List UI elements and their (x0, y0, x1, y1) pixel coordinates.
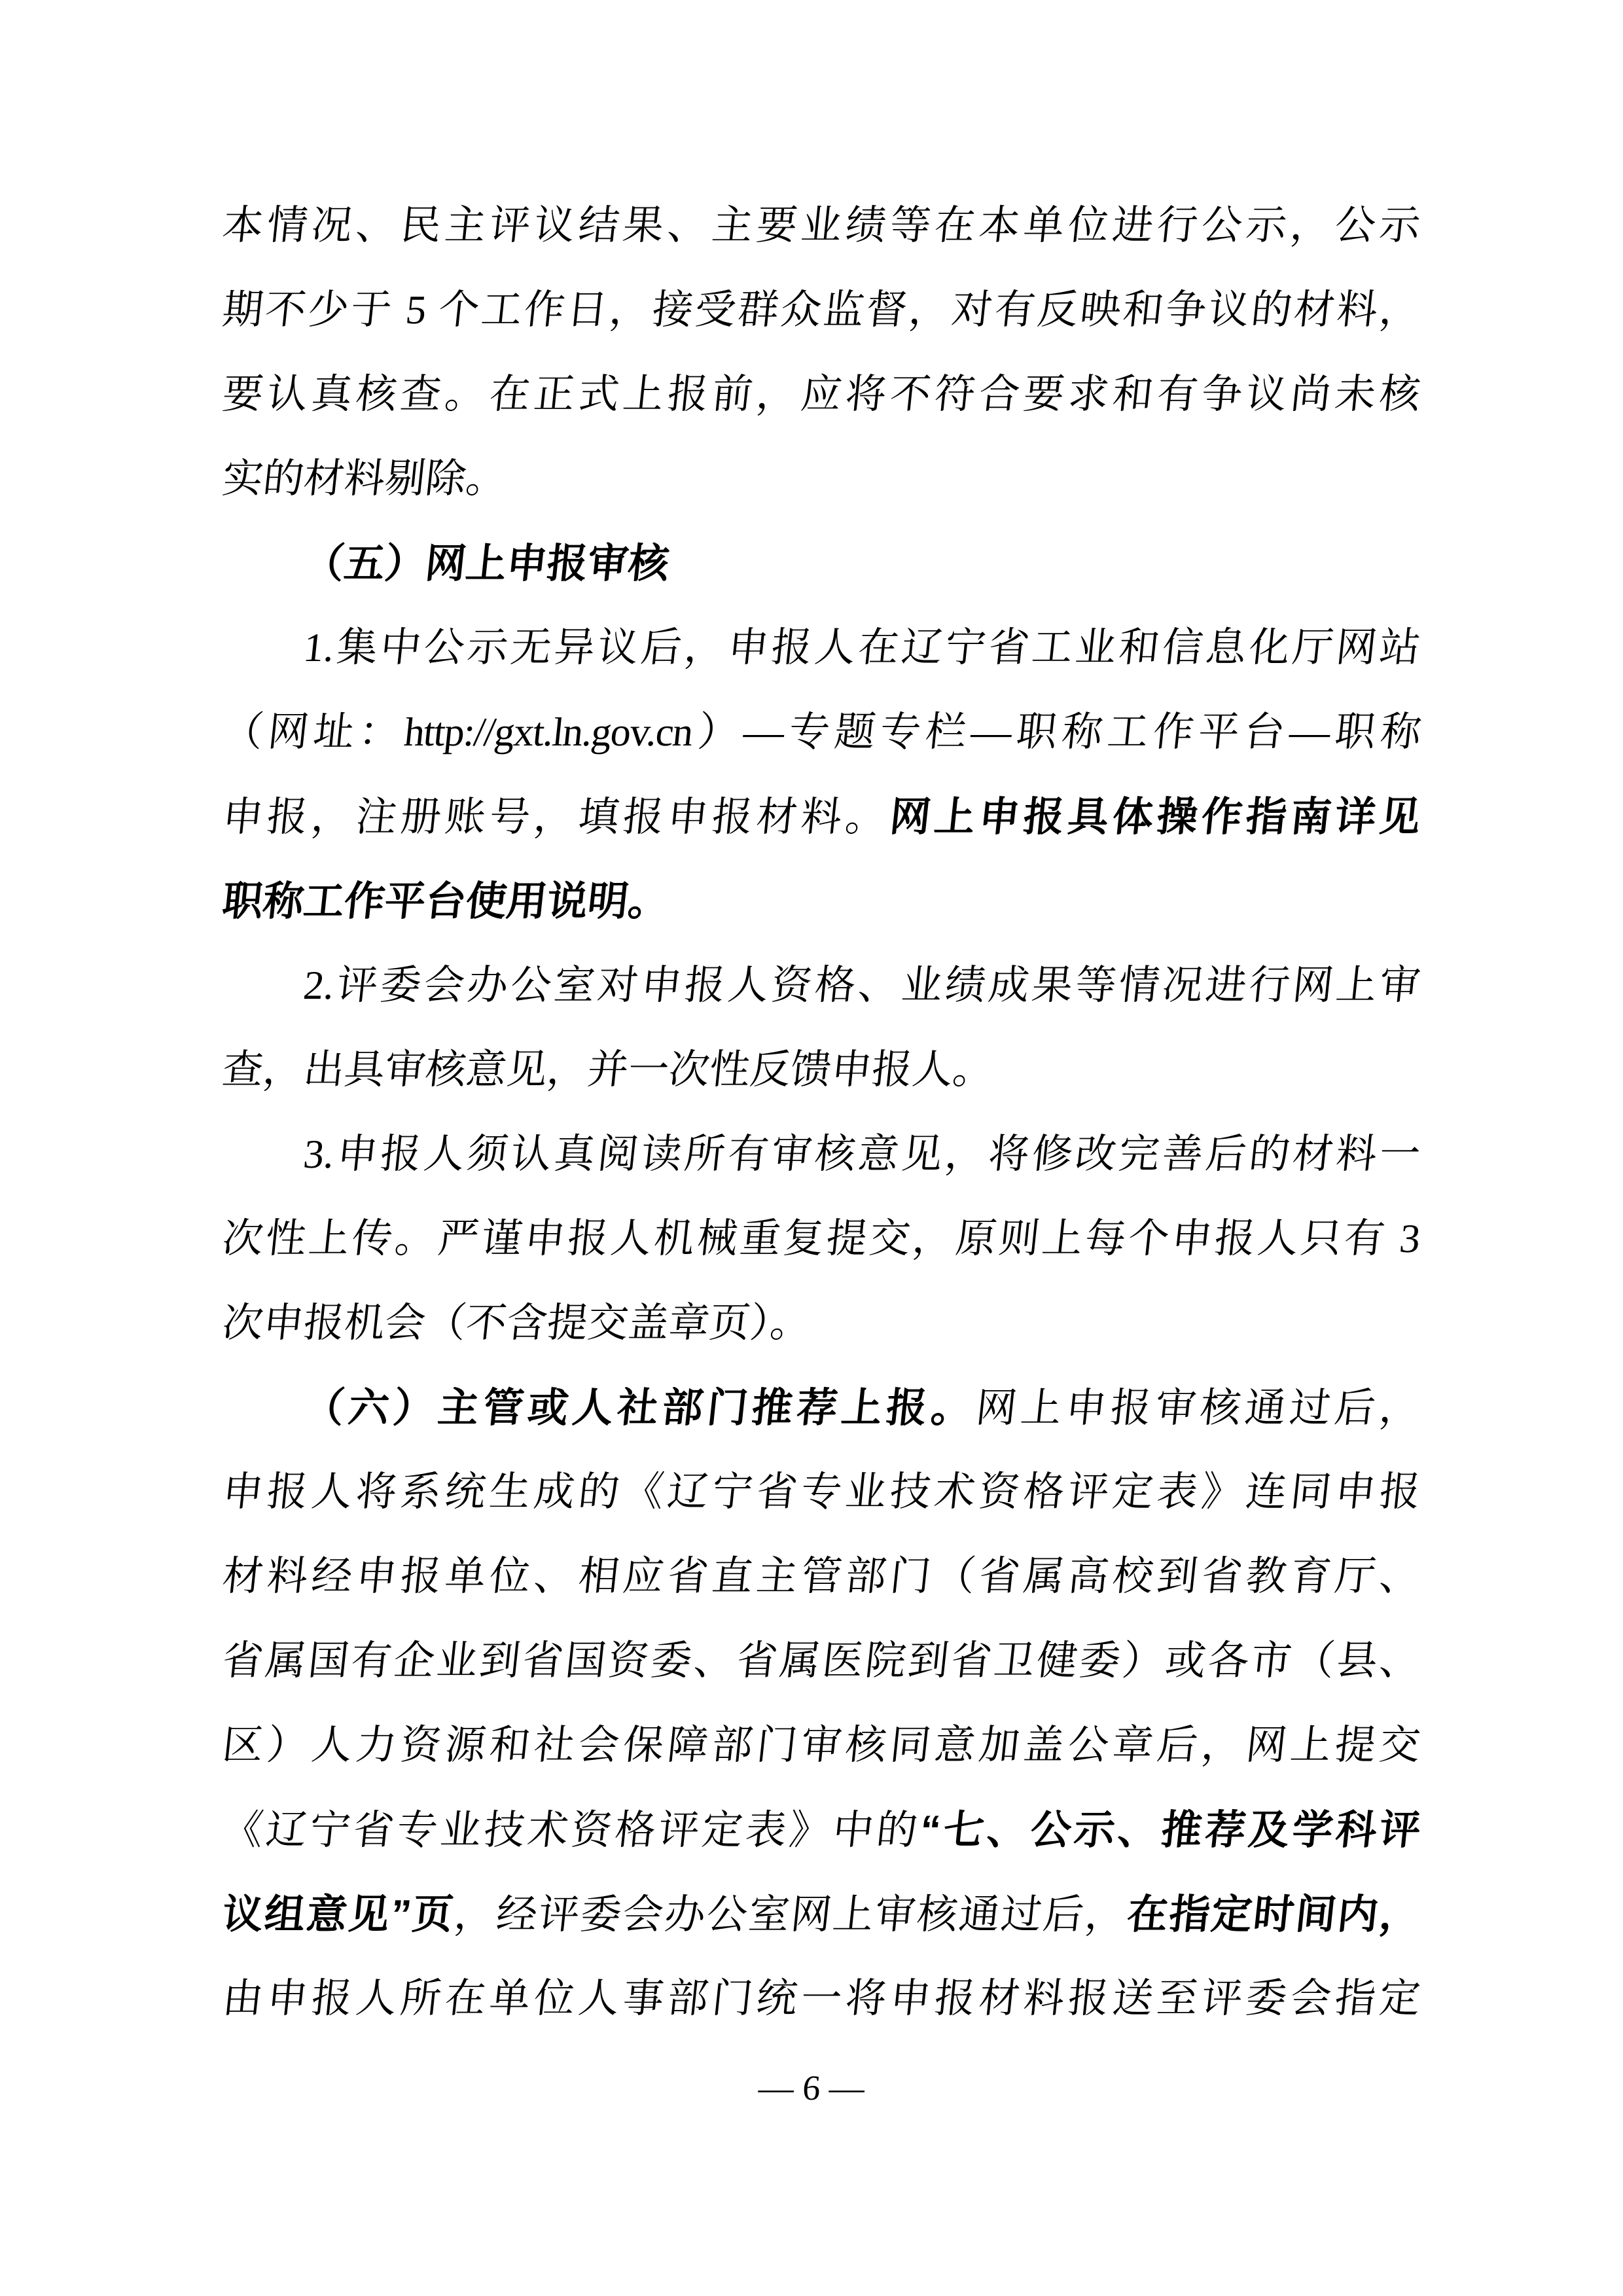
text-segment: 材料经申报单位、相应省直主管部门（省属高校到省教育厅、 (220, 1554, 1422, 1599)
text-line: 查，出具审核意见，并一次性反馈申报人。 (218, 1028, 1425, 1113)
text-segment: 1.集中公示无异议后，申报人在辽宁省工业和信息化厅网站 (301, 626, 1422, 670)
text-segment: 期不少于 5 个工作日，接受群众监督，对有反映和争议的材料， (220, 288, 1422, 332)
text-segment: 区）人力资源和社会保障部门审核同意加盖公章后，网上提交 (220, 1723, 1422, 1768)
text-line: 次申报机会（不含提交盖章页）。 (218, 1282, 1425, 1366)
text-line: （六）主管或人社部门推荐上报。网上申报审核通过后， (218, 1366, 1425, 1450)
text-line: 申报人将系统生成的《辽宁省专业技术资格评定表》连同申报 (218, 1450, 1425, 1535)
text-line: 省属国有企业到省国资委、省属医院到省卫健委）或各市（县、 (218, 1619, 1425, 1704)
text-line: 区）人力资源和社会保障部门审核同意加盖公章后，网上提交 (218, 1704, 1425, 1788)
text-line: 由申报人所在单位人事部门统一将申报材料报送至评委会指定 (218, 1957, 1425, 2041)
bold-text-segment: 议组意见”页 (220, 1892, 457, 1937)
text-segment: ，经评委会办公室网上审核通过后， (452, 1893, 1130, 1937)
text-line: 要认真核查。在正式上报前，应将不符合要求和有争议尚未核 (218, 353, 1425, 437)
document-page: 本情况、民主评议结果、主要业绩等在本单位进行公示，公示期不少于 5 个工作日，接… (0, 0, 1623, 2296)
bold-text-segment: 在指定时间内， (1125, 1892, 1423, 1937)
bold-text-segment: 网上申报具体操作指南详见 (887, 795, 1422, 840)
text-segment: 申报人将系统生成的《辽宁省专业技术资格评定表》连同申报 (220, 1470, 1422, 1515)
text-segment: 省属国有企业到省国资委、省属医院到省卫健委）或各市（县、 (220, 1639, 1422, 1683)
text-segment: 要认真核查。在正式上报前，应将不符合要求和有争议尚未核 (220, 372, 1422, 417)
bold-text-segment: “七、公示、推荐及学科评 (918, 1808, 1422, 1853)
text-segment: 2.评委会办公室对申报人资格、业绩成果等情况进行网上审 (301, 963, 1422, 1008)
text-line: 2.评委会办公室对申报人资格、业绩成果等情况进行网上审 (218, 944, 1425, 1028)
text-line: （五）网上申报审核 (218, 522, 1425, 606)
text-line: 期不少于 5 个工作日，接受群众监督，对有反映和争议的材料， (218, 268, 1425, 353)
text-line: 职称工作平台使用说明。 (218, 859, 1425, 944)
text-line: 申报，注册账号，填报申报材料。网上申报具体操作指南详见 (218, 775, 1425, 859)
text-segment: 实的材料剔除。 (220, 457, 508, 501)
text-segment: （网址：http://gxt.ln.gov.cn）—专题专栏—职称工作平台—职称 (220, 710, 1422, 755)
text-segment: 《辽宁省专业技术资格评定表》中的 (220, 1808, 922, 1853)
text-line: 1.集中公示无异议后，申报人在辽宁省工业和信息化厅网站 (218, 606, 1425, 691)
text-line: 材料经申报单位、相应省直主管部门（省属高校到省教育厅、 (218, 1535, 1425, 1619)
text-line: 3.申报人须认真阅读所有审核意见，将修改完善后的材料一 (218, 1113, 1425, 1197)
text-segment: 查，出具审核意见，并一次性反馈申报人。 (220, 1048, 995, 1092)
text-line: 《辽宁省专业技术资格评定表》中的“七、公示、推荐及学科评 (218, 1788, 1425, 1873)
text-line: 次性上传。严谨申报人机械重复提交，原则上每个申报人只有 3 (218, 1197, 1425, 1282)
text-line: 议组意见”页，经评委会办公室网上审核通过后，在指定时间内， (218, 1873, 1425, 1957)
bold-text-segment: 职称工作平台使用说明。 (220, 879, 671, 924)
bold-text-segment: （五）网上申报审核 (301, 541, 671, 586)
text-segment: 本情况、民主评议结果、主要业绩等在本单位进行公示，公示 (220, 204, 1422, 248)
text-segment: 次性上传。严谨申报人机械重复提交，原则上每个申报人只有 3 (220, 1217, 1422, 1261)
text-line: （网址：http://gxt.ln.gov.cn）—专题专栏—职称工作平台—职称 (218, 691, 1425, 775)
document-body: 本情况、民主评议结果、主要业绩等在本单位进行公示，公示期不少于 5 个工作日，接… (223, 184, 1420, 2041)
text-line: 实的材料剔除。 (218, 437, 1425, 522)
text-segment: 网上申报审核通过后， (974, 1386, 1423, 1431)
text-segment: 次申报机会（不含提交盖章页）。 (220, 1301, 813, 1346)
text-line: 本情况、民主评议结果、主要业绩等在本单位进行公示，公示 (218, 184, 1425, 268)
bold-text-segment: （六）主管或人社部门推荐上报。 (301, 1386, 978, 1431)
text-segment: 申报，注册账号，填报申报材料。 (220, 795, 892, 840)
text-segment: 3.申报人须认真阅读所有审核意见，将修改完善后的材料一 (301, 1132, 1422, 1177)
page-number: — 6 — (0, 2051, 1623, 2125)
text-segment: 由申报人所在单位人事部门统一将申报材料报送至评委会指定 (220, 1977, 1422, 2021)
